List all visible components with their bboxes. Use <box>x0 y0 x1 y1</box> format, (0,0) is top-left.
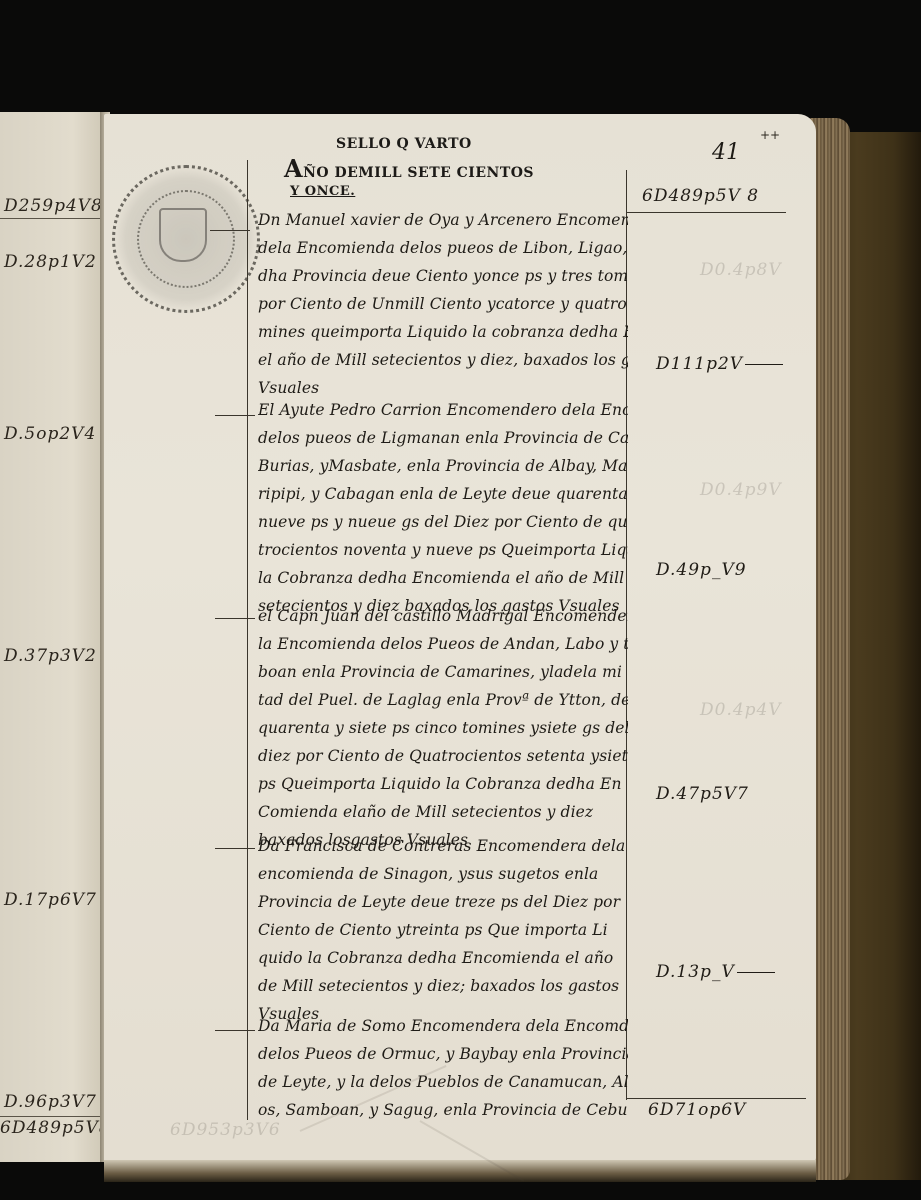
bleed-through: D0.4p4V <box>700 700 782 720</box>
entry-line: Ciento de Ciento ytreinta ps Que importa… <box>258 916 628 944</box>
entry-tick <box>215 1030 255 1031</box>
royal-seal-stamp <box>112 165 260 313</box>
coat-of-arms-icon <box>159 208 207 262</box>
stamp-line-3: Y ONCE. <box>290 184 355 199</box>
carried-forward-amount: 6D489p5V 8 <box>642 186 759 206</box>
ledger-entry-5: Da Maria de Somo Encomendera dela Encomd… <box>258 1012 628 1124</box>
entry-line: la Cobranza dedha Encomienda el año de M… <box>258 564 628 592</box>
left-amount: D259p4V8 <box>4 196 103 216</box>
left-rule <box>0 1116 104 1117</box>
entry-line: el año de Mill setecientos y diez, baxad… <box>258 346 628 374</box>
entry-line: Comienda elaño de Mill setecientos y die… <box>258 798 628 826</box>
ledger-entry-4: Da Francisca de Contreras Encomendera de… <box>258 832 628 1028</box>
left-rule <box>0 218 104 219</box>
left-amount: D.37p3V2 <box>4 646 97 666</box>
ledger-entry-2: El Ayute Pedro Carrion Encomendero dela … <box>258 396 628 620</box>
left-amount: D.28p1V2 <box>4 252 97 272</box>
entry-line: Burias, yMasbate, enla Provincia de Alba… <box>258 452 628 480</box>
entry-line: de Leyte, y la delos Pueblos de Canamuca… <box>258 1068 628 1096</box>
dash-rule <box>745 364 783 365</box>
entry-amount: D.13p_V <box>656 962 775 982</box>
entry-amount: D.49p_V9 <box>656 560 747 580</box>
entry-tick <box>215 415 255 416</box>
folio-mark: ++ <box>760 128 780 142</box>
stamp-line-2: AÑO DEMILL SETE CIENTOS <box>284 154 534 183</box>
entry-line: diez por Ciento de Quatrocientos setenta… <box>258 742 628 770</box>
entry-line: quido la Cobranza dedha Encomienda el añ… <box>258 944 628 972</box>
entry-line: la Encomienda delos Pueos de Andan, Labo… <box>258 630 628 658</box>
entry-line: ripipi, y Cabagan enla de Leyte deue qua… <box>258 480 628 508</box>
folio-number: 41 <box>712 140 740 165</box>
entry-line: os, Samboan, y Sagug, enla Provincia de … <box>258 1096 628 1124</box>
entry-line: dha Provincia deue Ciento yonce ps y tre… <box>258 262 628 290</box>
entry-line: trocientos noventa y nueve ps Queimporta… <box>258 536 628 564</box>
entry-line: ps Queimporta Liquido la Cobranza dedha … <box>258 770 628 798</box>
entry-line: delos Pueos de Ormuc, y Baybay enla Prov… <box>258 1040 628 1068</box>
entry-line: boan enla Provincia de Camarines, yladel… <box>258 658 628 686</box>
carry-rule <box>626 212 786 213</box>
entry-line: Da Maria de Somo Encomendera dela Encomd… <box>258 1012 628 1040</box>
entry-amount: D111p2V <box>656 354 783 374</box>
entry-line: dela Encomienda delos pueos de Libon, Li… <box>258 234 628 262</box>
entry-line: el Capn Juan del castillo Madrigal Encom… <box>258 602 628 630</box>
entry-line: nueve ps y nueue gs del Diez por Ciento … <box>258 508 628 536</box>
entry-tick <box>215 848 255 849</box>
total-rule <box>626 1098 806 1099</box>
left-page: D259p4V8 D.28p1V2 D.5op2V4 D.37p3V2 D.17… <box>0 112 104 1162</box>
entry-line: El Ayute Pedro Carrion Encomendero dela … <box>258 396 628 424</box>
entry-line: tad del Puel. de Laglag enla Provª de Yt… <box>258 686 628 714</box>
amount-value: D111p2V <box>656 354 743 374</box>
stamp-initial: A <box>284 154 303 183</box>
stamp-line-1: SELLO Q VARTO <box>336 136 472 152</box>
entry-line: Da Francisca de Contreras Encomendera de… <box>258 832 628 860</box>
entry-line: mines queimporta Liquido la cobranza ded… <box>258 318 628 346</box>
left-total: 6D489p5V8 <box>0 1118 111 1138</box>
page-total-amount: 6D71op6V <box>648 1100 746 1120</box>
bleed-through: D0.4p9V <box>700 480 782 500</box>
entry-line: quarenta y siete ps cinco tomines ysiete… <box>258 714 628 742</box>
left-amount: D.96p3V7 <box>4 1092 97 1112</box>
entry-line: por Ciento de Unmill Ciento ycatorce y q… <box>258 290 628 318</box>
entry-line: Provincia de Leyte deue treze ps del Die… <box>258 888 628 916</box>
page-bottom-edge <box>104 1160 816 1182</box>
dash-rule <box>737 972 775 973</box>
left-amount: D.17p6V7 <box>4 890 97 910</box>
entry-tick <box>210 230 250 231</box>
entry-line: de Mill setecientos y diez; baxados los … <box>258 972 628 1000</box>
ledger-entry-1: Dn Manuel xavier de Oya y Arcenero Encom… <box>258 206 628 402</box>
amount-value: D.13p_V <box>656 962 735 982</box>
left-amount: D.5op2V4 <box>4 424 96 444</box>
entry-tick <box>215 618 255 619</box>
entry-line: Dn Manuel xavier de Oya y Arcenero Encom… <box>258 206 628 234</box>
entry-line: delos pueos de Ligmanan enla Provincia d… <box>258 424 628 452</box>
ledger-entry-3: el Capn Juan del castillo Madrigal Encom… <box>258 602 628 854</box>
bleed-through: D0.4p8V <box>700 260 782 280</box>
stamp-line-2-text: ÑO DEMILL SETE CIENTOS <box>303 165 534 181</box>
left-margin-rule <box>247 160 248 1120</box>
entry-amount: D.47p5V7 <box>656 784 749 804</box>
entry-line: encomienda de Sinagon, ysus sugetos enla <box>258 860 628 888</box>
